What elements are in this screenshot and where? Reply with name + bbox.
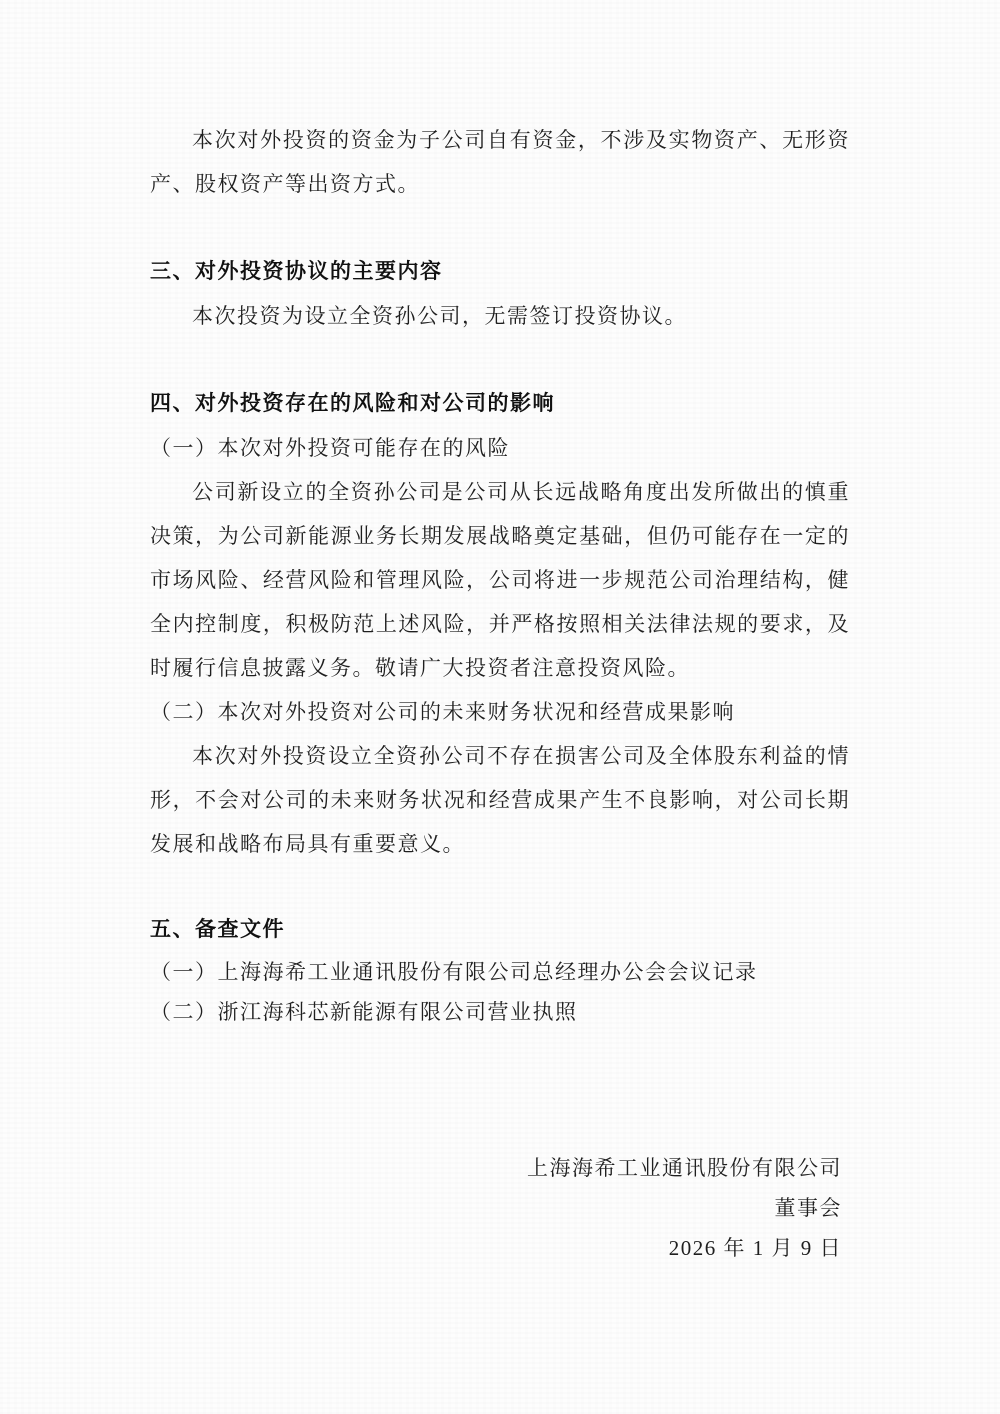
- section-four-heading: 四、对外投资存在的风险和对公司的影响: [150, 382, 850, 426]
- signature-block: 上海海希工业通讯股份有限公司 董事会 2026 年 1 月 9 日: [150, 1148, 850, 1268]
- intro-paragraph: 本次对外投资的资金为子公司自有资金，不涉及实物资产、无形资产、股权资产等出资方式…: [150, 118, 850, 206]
- section-five-item-2: （二）浙江海科芯新能源有限公司营业执照: [150, 992, 850, 1032]
- section-five-heading: 五、备查文件: [150, 910, 850, 950]
- signature-company: 上海海希工业通讯股份有限公司: [150, 1148, 842, 1188]
- signature-date: 2026 年 1 月 9 日: [150, 1228, 842, 1268]
- section-five: 五、备查文件 （一）上海海希工业通讯股份有限公司总经理办公会会议记录 （二）浙江…: [150, 910, 850, 1032]
- section-four-sub-two-body: 本次对外投资设立全资孙公司不存在损害公司及全体股东利益的情形，不会对公司的未来财…: [150, 734, 850, 866]
- section-three-body: 本次投资为设立全资孙公司，无需签订投资协议。: [150, 294, 850, 338]
- section-three: 三、对外投资协议的主要内容 本次投资为设立全资孙公司，无需签订投资协议。: [150, 250, 850, 338]
- section-four-sub-one-heading: （一）本次对外投资可能存在的风险: [150, 426, 850, 470]
- signature-board: 董事会: [150, 1188, 842, 1228]
- section-four-sub-two-heading: （二）本次对外投资对公司的未来财务状况和经营成果影响: [150, 690, 850, 734]
- section-five-item-1: （一）上海海希工业通讯股份有限公司总经理办公会会议记录: [150, 952, 850, 992]
- section-four-sub-one-body: 公司新设立的全资孙公司是公司从长远战略角度出发所做出的慎重决策，为公司新能源业务…: [150, 470, 850, 690]
- section-four: 四、对外投资存在的风险和对公司的影响 （一）本次对外投资可能存在的风险 公司新设…: [150, 382, 850, 866]
- document-content: 本次对外投资的资金为子公司自有资金，不涉及实物资产、无形资产、股权资产等出资方式…: [150, 118, 850, 1268]
- section-three-heading: 三、对外投资协议的主要内容: [150, 250, 850, 294]
- document-page: 本次对外投资的资金为子公司自有资金，不涉及实物资产、无形资产、股权资产等出资方式…: [0, 0, 1000, 1414]
